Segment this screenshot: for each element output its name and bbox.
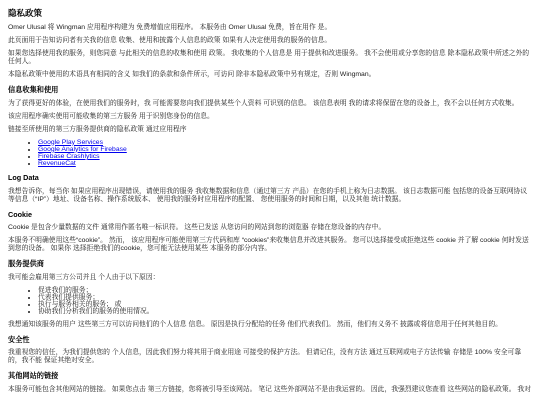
list-item: Firebase Crashlytics — [38, 153, 534, 160]
privacy-policy-document: 隐私政策 Omer Ulusal 将 Wingman 应用程序构建为 免费增值应… — [0, 0, 540, 405]
list-item: 促进我们的服务； — [38, 287, 534, 294]
link-google-play-services[interactable]: Google Play Services — [38, 139, 103, 146]
link-revenuecat[interactable]: RevenueCat — [38, 160, 76, 167]
list-item: Google Analytics for Firebase — [38, 146, 534, 153]
log-data-paragraph: 我想告诉你，每当你 如果应用程序出现错误，请使用我的服务 我收集数据和信息（通过… — [8, 188, 534, 204]
info-paragraph-1: 为了获得更好的体验，在使用我们的服务时，我 可能需要您向我们提供某些个人资料 可… — [8, 100, 534, 108]
info-paragraph-3: 链接至所使用的第三方服务提供商的隐私政策 通过应用程序 — [8, 126, 534, 134]
section-heading-cookie: Cookie — [8, 211, 534, 220]
list-item: 协助我们分析我们的服务的使用情况。 — [38, 308, 534, 315]
section-heading-information-collection: 信息收集和使用 — [8, 86, 534, 95]
intro-paragraph-2: 此页面用于告知访问者有关我的信息 收集、使用和披露个人信息的政策 如果有人决定使… — [8, 37, 534, 45]
page-title: 隐私政策 — [8, 8, 534, 18]
intro-paragraph-4: 本隐私政策中使用的术语具有相同的含义 如我们的条款和条件所示，可访问 除非本隐私… — [8, 71, 534, 79]
service-provider-reasons-list: 促进我们的服务； 代表我们提供服务； 执行与服务相关的服务； 或 协助我们分析我… — [8, 287, 534, 316]
service-providers-paragraph-1: 我可能会雇用第三方公司并且 个人由于以下原因： — [8, 274, 534, 282]
section-heading-links-to-other-sites: 其他网站的链接 — [8, 372, 534, 381]
section-heading-service-providers: 服务提供商 — [8, 260, 534, 269]
section-heading-log-data: Log Data — [8, 174, 534, 183]
intro-paragraph-1: Omer Ulusal 将 Wingman 应用程序构建为 免费增值应用程序。 … — [8, 24, 534, 32]
third-party-services-link-list: Google Play Services Google Analytics fo… — [8, 139, 534, 168]
section-heading-security: 安全性 — [8, 336, 534, 345]
list-item: RevenueCat — [38, 160, 534, 167]
link-google-analytics-for-firebase[interactable]: Google Analytics for Firebase — [38, 146, 127, 153]
intro-paragraph-3: 如果您选择使用我的服务，则您同意 与此相关的信息的收集和使用 政策。 我收集的个… — [8, 50, 534, 66]
cookie-paragraph-2: 本服务不明确使用这些“cookie”。 然而， 该应用程序可能使用第三方代码和库… — [8, 237, 534, 253]
info-paragraph-2: 该应用程序确实使用可能收集的第三方服务 用于识别您身份的信息。 — [8, 113, 534, 121]
list-item: Google Play Services — [38, 139, 534, 146]
security-paragraph: 我重视您的信任，为我们提供您的 个人信息，因此我们努力将其用于商业用途 可接受的… — [8, 349, 534, 365]
links-to-other-sites-paragraph: 本服务可能包含其他网站的链接。 如果您点击 第三方链接，您将被引导至该网站。 笔… — [8, 386, 534, 394]
link-firebase-crashlytics[interactable]: Firebase Crashlytics — [38, 153, 100, 160]
cookie-paragraph-1: Cookie 是包含少量数据的文件 通常用作匿名唯一标识符。 这些已发送 从您访… — [8, 224, 534, 232]
service-providers-paragraph-2: 我想通知该服务的用户 这些第三方可以访问他们的个人信息 信息。 原因是执行分配给… — [8, 321, 534, 329]
